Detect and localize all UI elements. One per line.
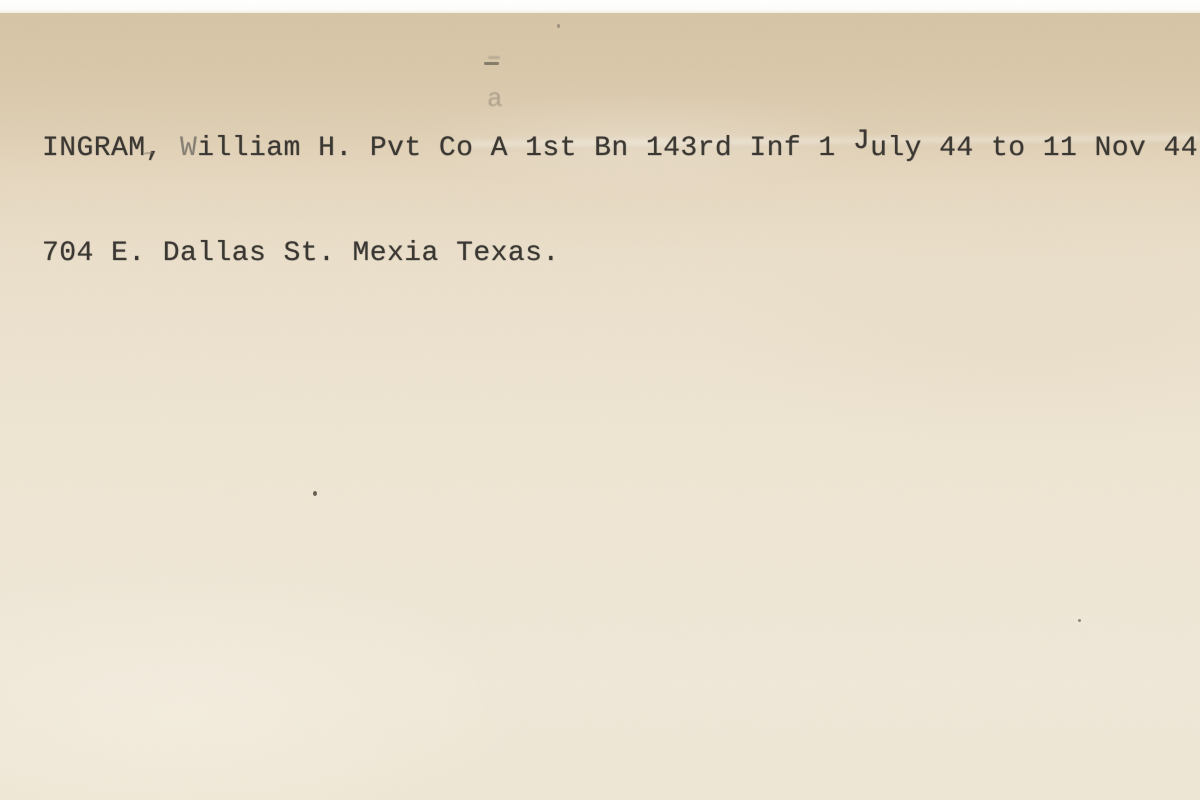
line1-dates-segment: uly 44 to 11 Nov 44	[870, 133, 1198, 164]
line1-faded-w: W	[180, 133, 197, 164]
overstrike-mark-above-a	[484, 62, 499, 65]
ghost-overstrike-char: a	[487, 84, 503, 114]
scanner-background-strip	[0, 0, 1200, 13]
scanned-index-card: INGRAM, William H. Pvt Co A 1st Bn 143rd…	[0, 0, 1200, 800]
line1-raised-j: J	[853, 126, 870, 157]
typed-text-block: INGRAM, William H. Pvt Co A 1st Bn 143rd…	[42, 61, 1198, 341]
ink-speck	[313, 491, 317, 496]
line1-service-segment: illiam H. Pvt Co A 1st Bn 143rd Inf 1	[197, 133, 853, 164]
ink-speck	[557, 24, 560, 28]
ink-speck	[1078, 619, 1081, 622]
typed-line-2-address: 704 E. Dallas St. Mexia Texas.	[42, 236, 1198, 271]
smudge-above-overstrike	[488, 56, 500, 59]
line1-surname-segment: INGRAM,	[42, 133, 180, 164]
typed-line-1: INGRAM, William H. Pvt Co A 1st Bn 143rd…	[42, 131, 1198, 166]
index-card-paper: INGRAM, William H. Pvt Co A 1st Bn 143rd…	[0, 13, 1200, 800]
